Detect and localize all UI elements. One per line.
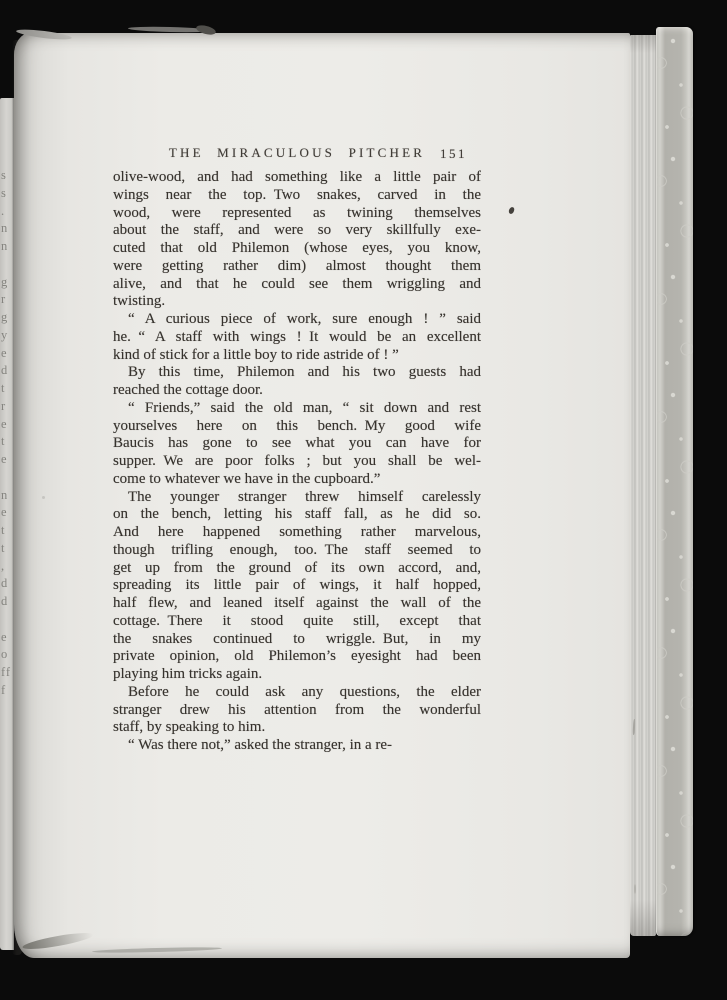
text-line: Before he could ask any questions, the e… [113, 684, 481, 702]
margin-speck [42, 496, 45, 499]
paragraph: “ Was there not,” asked the stranger, in… [113, 737, 481, 755]
paragraph: olive-wood, and had something like a lit… [113, 169, 481, 311]
text-line: reached the cottage door. [113, 382, 481, 400]
text-line: were getting rather dim) almost thought … [113, 258, 481, 276]
paragraph: “ Friends,” said the old man, “ sit down… [113, 400, 481, 489]
text-line: wood, were represented as twining themse… [113, 205, 481, 223]
paragraph: The younger stranger threw himself carel… [113, 489, 481, 684]
text-line: twisting. [113, 293, 481, 311]
text-line: kind of stick for a little boy to ride a… [113, 347, 481, 365]
running-title: THE MIRACULOUS PITCHER [113, 145, 481, 161]
text-line: half flew, and leaned itself against the… [113, 595, 481, 613]
fore-edge-pages [630, 35, 656, 936]
text-line: private opinion, old Philemon’s eyesight… [113, 648, 481, 666]
text-line: “ Friends,” said the old man, “ sit down… [113, 400, 481, 418]
text-line: staff, by speaking to him. [113, 719, 481, 737]
text-line: cottage. There it stood quite still, exc… [113, 613, 481, 631]
text-line: By this time, Philemon and his two guest… [113, 364, 481, 382]
text-line: spreading its little pair of wings, it h… [113, 577, 481, 595]
text-line: “ Was there not,” asked the stranger, in… [113, 737, 481, 755]
text-line: cuted that old Philemon (whose eyes, you… [113, 240, 481, 258]
text-line: yourselves here on this bench. My good w… [113, 418, 481, 436]
book-scan: ss.nngrgyedtretenett,ddeofff THE MIRACUL… [0, 0, 727, 1000]
paragraph: By this time, Philemon and his two guest… [113, 364, 481, 400]
text-line: come to whatever we have in the cupboard… [113, 471, 481, 489]
page-header: THE MIRACULOUS PITCHER 151 [113, 145, 481, 163]
text-line: “ A curious piece of work, sure enough !… [113, 311, 481, 329]
book-cover-edge [656, 27, 693, 936]
text-line: olive-wood, and had something like a lit… [113, 169, 481, 187]
text-line: playing him tricks again. [113, 666, 481, 684]
text-line: alive, and that he could see them wriggl… [113, 276, 481, 294]
text-line: on the bench, letting his staff fall, as… [113, 506, 481, 524]
paragraph: “ A curious piece of work, sure enough !… [113, 311, 481, 364]
text-line: the snakes continued to wriggle. But, in… [113, 631, 481, 649]
page-number: 151 [440, 146, 467, 161]
text-line: The younger stranger threw himself carel… [113, 489, 481, 507]
text-line: he. “ A staff with wings ! It would be a… [113, 329, 481, 347]
text-line: though trifling enough, too. The staff s… [113, 542, 481, 560]
text-line: get up from the ground of its own accord… [113, 560, 481, 578]
text-line: And here happened something rather marve… [113, 524, 481, 542]
text-line: supper. We are poor folks ; but you shal… [113, 453, 481, 471]
edge-smudge [634, 884, 636, 894]
text-line: stranger drew his attention from the won… [113, 702, 481, 720]
book-page: THE MIRACULOUS PITCHER 151 olive-wood, a… [14, 33, 630, 958]
text-line: wings near the top. Two snakes, carved i… [113, 187, 481, 205]
text-block: olive-wood, and had something like a lit… [113, 169, 481, 755]
text-line: Baucis has gone to see what you can have… [113, 435, 481, 453]
paragraph: Before he could ask any questions, the e… [113, 684, 481, 737]
text-line: about the staff, and were so very skillf… [113, 222, 481, 240]
